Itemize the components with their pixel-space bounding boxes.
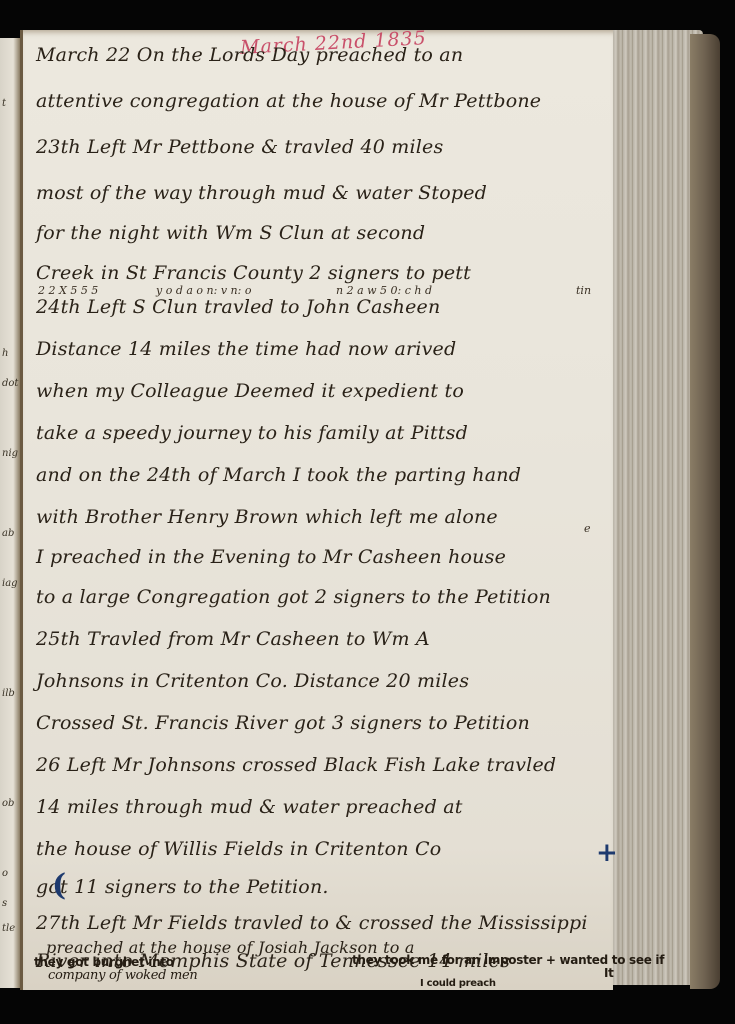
overwrite-note: company of woked men <box>48 968 198 983</box>
overwrite-note: It <box>604 966 614 980</box>
text-line: March 22 On the Lords Day preached to an <box>36 44 463 66</box>
fragment: dot <box>2 378 18 389</box>
text-line: 26 Left Mr Johnsons crossed Black Fish L… <box>36 754 556 776</box>
blue-cross-mark: + <box>596 838 618 868</box>
text-line: the house of Willis Fields in Critenton … <box>36 838 441 860</box>
fragment: tle <box>2 923 15 934</box>
blue-bracket-mark: ( <box>52 868 66 903</box>
fragment: ilb <box>2 688 15 699</box>
text-line: Distance 14 miles the time had now arive… <box>36 338 456 360</box>
text-line: Crossed St. Francis River got 3 signers … <box>36 712 530 734</box>
book-fore-edge <box>603 30 703 985</box>
text-line: attentive congregation at the house of M… <box>36 90 541 112</box>
text-line: with Brother Henry Brown which left me a… <box>36 506 498 528</box>
text-line: 27th Left Mr Fields travled to & crossed… <box>36 912 588 934</box>
overwrite-note: I could preach <box>420 978 496 989</box>
fragment: o <box>2 868 8 879</box>
text-line: when my Colleague Deemed it expedient to <box>36 380 464 402</box>
interlinear-note: e <box>584 522 591 535</box>
fragment: s <box>2 898 7 909</box>
text-line: Johnsons in Critenton Co. Distance 20 mi… <box>36 670 469 692</box>
text-line: 25th Travled from Mr Casheen to Wm A <box>36 628 430 650</box>
text-line: 23th Left Mr Pettbone & travled 40 miles <box>36 136 443 158</box>
text-line: and on the 24th of March I took the part… <box>36 464 521 486</box>
fragment: iag <box>2 578 18 589</box>
overwrite-note: they got burghet into <box>34 955 174 969</box>
text-line: got 11 signers to the Petition. <box>36 876 329 898</box>
fragment: ob <box>2 798 14 809</box>
overwrite-note: they took me for an imposter + wanted to… <box>352 953 664 967</box>
fragment: ab <box>2 528 14 539</box>
facing-page-text-fragments: t h dot nig ab iag ilb ob o s tle <box>0 38 18 988</box>
text-line: to a large Congregation got 2 signers to… <box>36 586 551 608</box>
book-cover-edge <box>690 34 720 989</box>
text-line: I preached in the Evening to Mr Casheen … <box>36 546 506 568</box>
interlinear-note: tin <box>576 284 591 297</box>
text-line: take a speedy journey to his family at P… <box>36 422 468 444</box>
text-line: for the night with Wm S Clun at second <box>36 222 425 244</box>
text-line: Creek in St Francis County 2 signers to … <box>36 262 471 284</box>
text-line: 14 miles through mud & water preached at <box>36 796 463 818</box>
fragment: t <box>2 98 6 109</box>
fragment: h <box>2 348 8 359</box>
text-line: most of the way through mud & water Stop… <box>36 182 487 204</box>
text-line: 24th Left S Clun travled to John Casheen <box>36 296 440 318</box>
fragment: nig <box>2 448 18 459</box>
